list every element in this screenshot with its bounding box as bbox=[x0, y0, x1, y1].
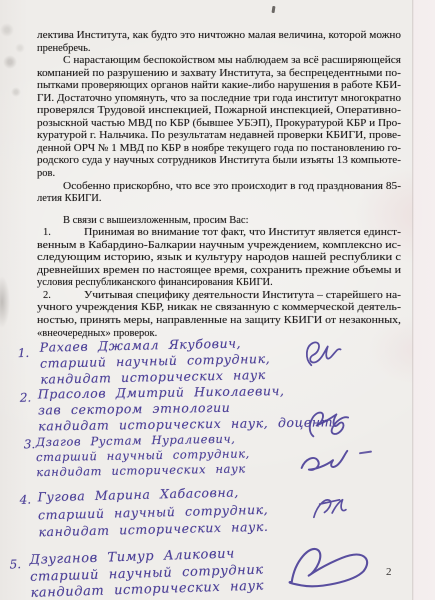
signature-entry: 5.Дзуганов Тимур Аликовичстарший научный… bbox=[0, 540, 435, 600]
typed-line-text: родского суда у научных сотрудников Инст… bbox=[37, 155, 401, 168]
typed-line: ностью, принять меры, направленные на за… bbox=[37, 315, 401, 328]
signature-entry-number: 2. bbox=[20, 391, 32, 405]
scan-page-edge bbox=[412, 0, 435, 600]
typed-line-text: С нарастающим беспокойством мы наблюдаем… bbox=[63, 55, 401, 68]
scanned-page: лектива Института, как будто это ничтожн… bbox=[0, 0, 435, 600]
typed-line: пренебречь. bbox=[37, 43, 401, 56]
list-item-number: 2. bbox=[43, 290, 51, 303]
typed-line-text: Особенно прискорбно, что все это происхо… bbox=[63, 181, 401, 194]
typed-line: следующим историю, язык и культуру народ… bbox=[37, 252, 401, 265]
typed-line: 1.Принимая во внимание тот факт, что Инс… bbox=[37, 227, 401, 240]
typed-line-text: Принимая во внимание тот факт, что Инсти… bbox=[84, 227, 401, 240]
signature-entry-number: 5. bbox=[9, 557, 21, 571]
typed-line: розыскной частью МВД по КБР (бывшее УБЭП… bbox=[37, 118, 401, 131]
signature-entry-text: Прасолов Дмитрий Николаевич,зав сектором… bbox=[38, 381, 435, 435]
typed-line: ров. bbox=[37, 168, 401, 181]
typed-line-text: летия КБИГИ. bbox=[37, 193, 101, 206]
signature-entry-number: 1. bbox=[18, 346, 30, 360]
typed-line: летия КБИГИ. bbox=[37, 193, 401, 206]
typed-line-text: древнейших времен по настоящее время, со… bbox=[37, 265, 401, 278]
signature-autograph-icon bbox=[293, 444, 354, 481]
typed-line-text: компанией по разрушению и захвату Инстит… bbox=[37, 68, 401, 81]
signature-entry: 3.Дзагов Рустам Нуралиевич,старший научн… bbox=[0, 428, 435, 481]
typed-line-text: пренебречь. bbox=[37, 43, 91, 56]
typed-line: лектива Института, как будто это ничтожн… bbox=[37, 30, 401, 43]
typed-line-text: ностью, принять меры, направленные на за… bbox=[37, 315, 401, 328]
typed-line: С нарастающим беспокойством мы наблюдаем… bbox=[37, 55, 401, 68]
signature-entry-number: 4. bbox=[20, 493, 32, 507]
typed-line: компанией по разрушению и захвату Инстит… bbox=[37, 68, 401, 81]
typed-line-text: денной ОРЧ № 1 МВД по КБР в ноябре текущ… bbox=[37, 143, 401, 156]
scan-artifact-mark bbox=[272, 6, 276, 13]
typed-line-text: следующим историю, язык и культуру народ… bbox=[37, 252, 401, 265]
typed-line: родского суда у научных сотрудников Инст… bbox=[37, 155, 401, 168]
typed-line-text: куратурой г. Нальчика. По результатам не… bbox=[37, 130, 401, 143]
typed-line-text: ров. bbox=[37, 168, 55, 181]
typed-line-text: пытками проверяющих органов найти какие-… bbox=[37, 80, 401, 93]
typed-line: денной ОРЧ № 1 МВД по КБР в ноябре текущ… bbox=[37, 143, 401, 156]
signature-autograph-icon bbox=[299, 333, 348, 374]
page-number: 2 bbox=[386, 566, 392, 578]
typed-line-text: В связи с вышеизложенным, просим Вас: bbox=[63, 215, 249, 228]
typed-line-text: Учитывая специфику деятельности Институт… bbox=[84, 290, 401, 303]
typed-line-text: венным в Кабардино-Балкарии научным учре… bbox=[37, 240, 401, 253]
signature-autograph-icon bbox=[279, 534, 376, 597]
signature-autograph-icon bbox=[306, 489, 353, 530]
signature-entry-text: Рахаев Джамал Якубович,старший научный с… bbox=[40, 331, 435, 387]
typed-line: условия республиканского финансирования … bbox=[37, 277, 401, 290]
signature-entry: 2.Прасолов Дмитрий Николаевич,зав сектор… bbox=[0, 381, 435, 435]
typed-line-text: лектива Института, как будто это ничтожн… bbox=[37, 30, 401, 43]
typed-line: венным в Кабардино-Балкарии научным учре… bbox=[37, 240, 401, 253]
typed-text-block: лектива Института, как будто это ничтожн… bbox=[37, 30, 401, 340]
list-item-number: 1. bbox=[43, 227, 51, 240]
signature-entry-text: Дзагов Рустам Нуралиевич,старший научный… bbox=[36, 428, 435, 480]
typed-line: древнейших времен по настоящее время, со… bbox=[37, 265, 401, 278]
signature-entry-text: Гугова Марина Хабасовна,старший научный … bbox=[37, 479, 435, 541]
typed-line-text: учного учреждения КБР, никак не связанну… bbox=[37, 302, 401, 315]
typed-line-text: ГИ. Достаточно упомянуть, что за последн… bbox=[37, 93, 401, 106]
typed-line: пытками проверяющих органов найти какие-… bbox=[37, 80, 401, 93]
typed-line: проверялся Трудовой инспекцией, Пожарной… bbox=[37, 105, 401, 118]
typed-line-text: условия республиканского финансирования … bbox=[37, 277, 273, 290]
signature-entry-number: 3. bbox=[24, 437, 36, 451]
signature-entry: 1.Рахаев Джамал Якубович,старший научный… bbox=[0, 331, 435, 388]
typed-line: 2.Учитывая специфику деятельности Инстит… bbox=[37, 290, 401, 303]
typed-line: В связи с вышеизложенным, просим Вас: bbox=[37, 215, 401, 228]
signature-entry: 4.Гугова Марина Хабасовна,старший научны… bbox=[0, 479, 435, 542]
typed-line: куратурой г. Нальчика. По результатам не… bbox=[37, 130, 401, 143]
typed-line: учного учреждения КБР, никак не связанну… bbox=[37, 302, 401, 315]
typed-line: ГИ. Достаточно упомянуть, что за последн… bbox=[37, 93, 401, 106]
typed-line-text: проверялся Трудовой инспекцией, Пожарной… bbox=[37, 105, 401, 118]
typed-line: Особенно прискорбно, что все это происхо… bbox=[37, 181, 401, 194]
typed-line-text: розыскной частью МВД по КБР (бывшее УБЭП… bbox=[37, 118, 401, 131]
